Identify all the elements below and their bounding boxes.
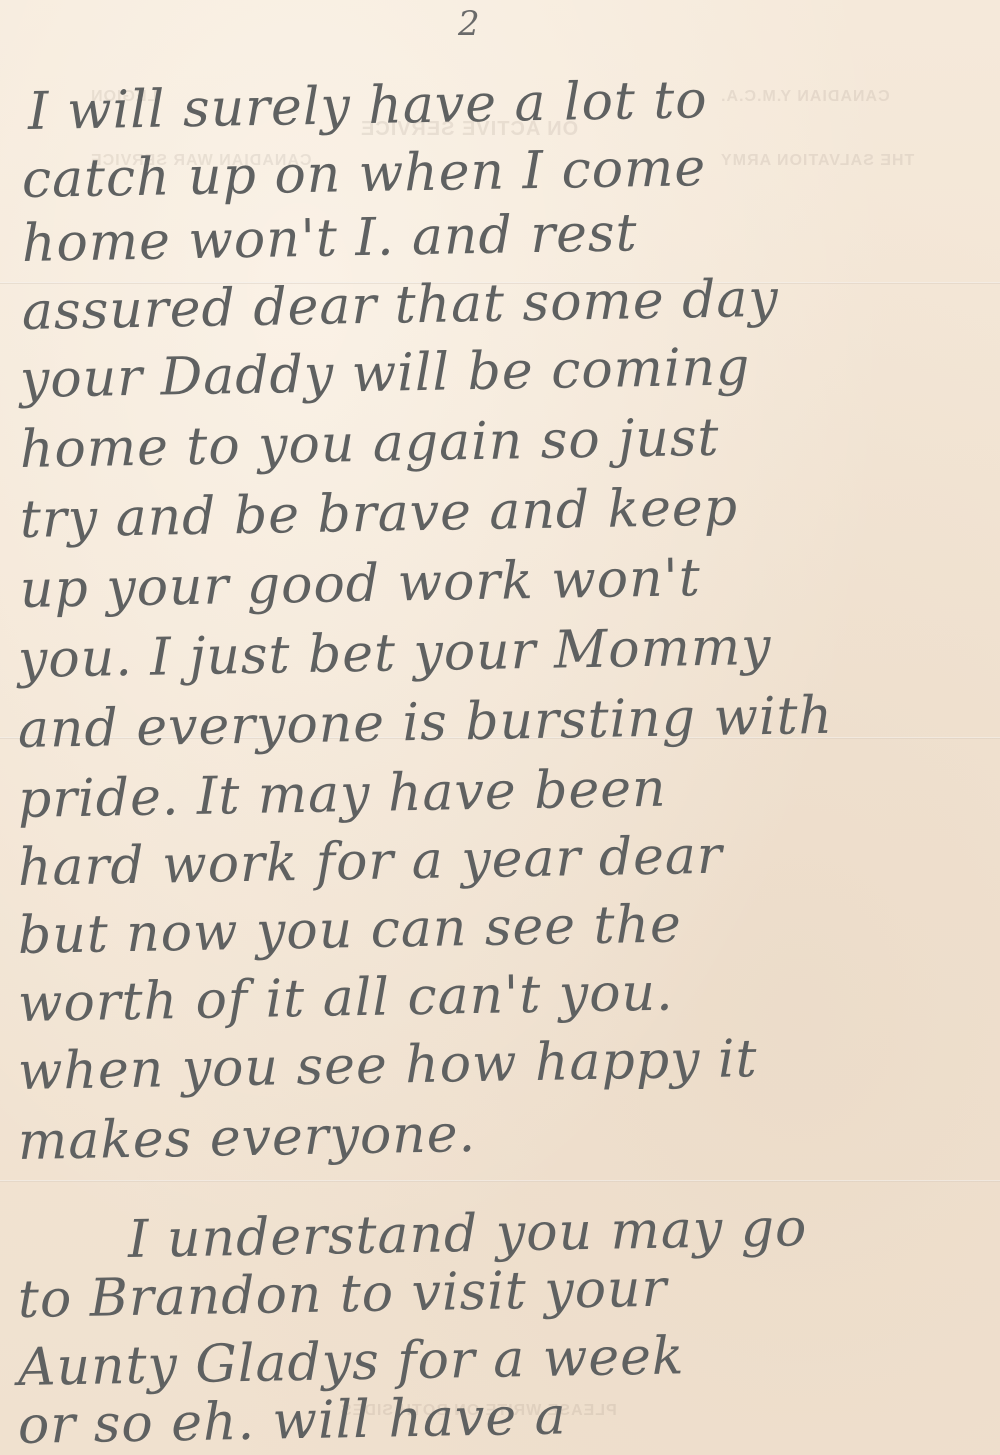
letter-line: I understand you may go xyxy=(127,1198,807,1270)
letter-line: hard work for a year dear xyxy=(17,826,723,898)
letter-line: up your good work won't xyxy=(19,548,701,620)
letter-line: I will surely have a lot to xyxy=(27,70,708,142)
paper-fold-crease xyxy=(0,1180,1000,1182)
letterhead-bleed-through: CANADIAN Y.M.C.A. xyxy=(720,88,890,106)
letter-line: to Brandon to visit your xyxy=(17,1259,667,1330)
letter-line: home won't I. and rest xyxy=(21,203,638,274)
letterhead-bleed-through: THE SALVATION ARMY xyxy=(720,152,914,170)
letter-line: makes everyone. xyxy=(17,1104,476,1172)
letter-line: your Daddy will be coming xyxy=(19,337,750,410)
letter-line: home to you again so just xyxy=(19,408,719,480)
letter-line: you. I just bet your Mommy xyxy=(17,617,772,690)
letter-line: when you see how happy it xyxy=(17,1029,758,1102)
letter-line: Aunty Gladys for a week xyxy=(17,1326,684,1398)
letter-line: pride. It may have been xyxy=(17,759,667,830)
letter-line: and everyone is bursting with xyxy=(17,686,833,760)
letter-line: or so eh. will have a xyxy=(17,1386,567,1455)
letter-line: assured dear that some day xyxy=(21,269,779,342)
page-number: 2 xyxy=(458,4,480,44)
letter-line: catch up on when I come xyxy=(21,138,706,210)
letter-page: ON ACTIVE SERVICE CANADIAN Y.M.C.A. LEGI… xyxy=(0,0,1000,1455)
letter-line: try and be brave and keep xyxy=(19,477,738,550)
letter-line: but now you can see the xyxy=(17,894,682,966)
letter-line: worth of it all can't you. xyxy=(17,963,674,1034)
